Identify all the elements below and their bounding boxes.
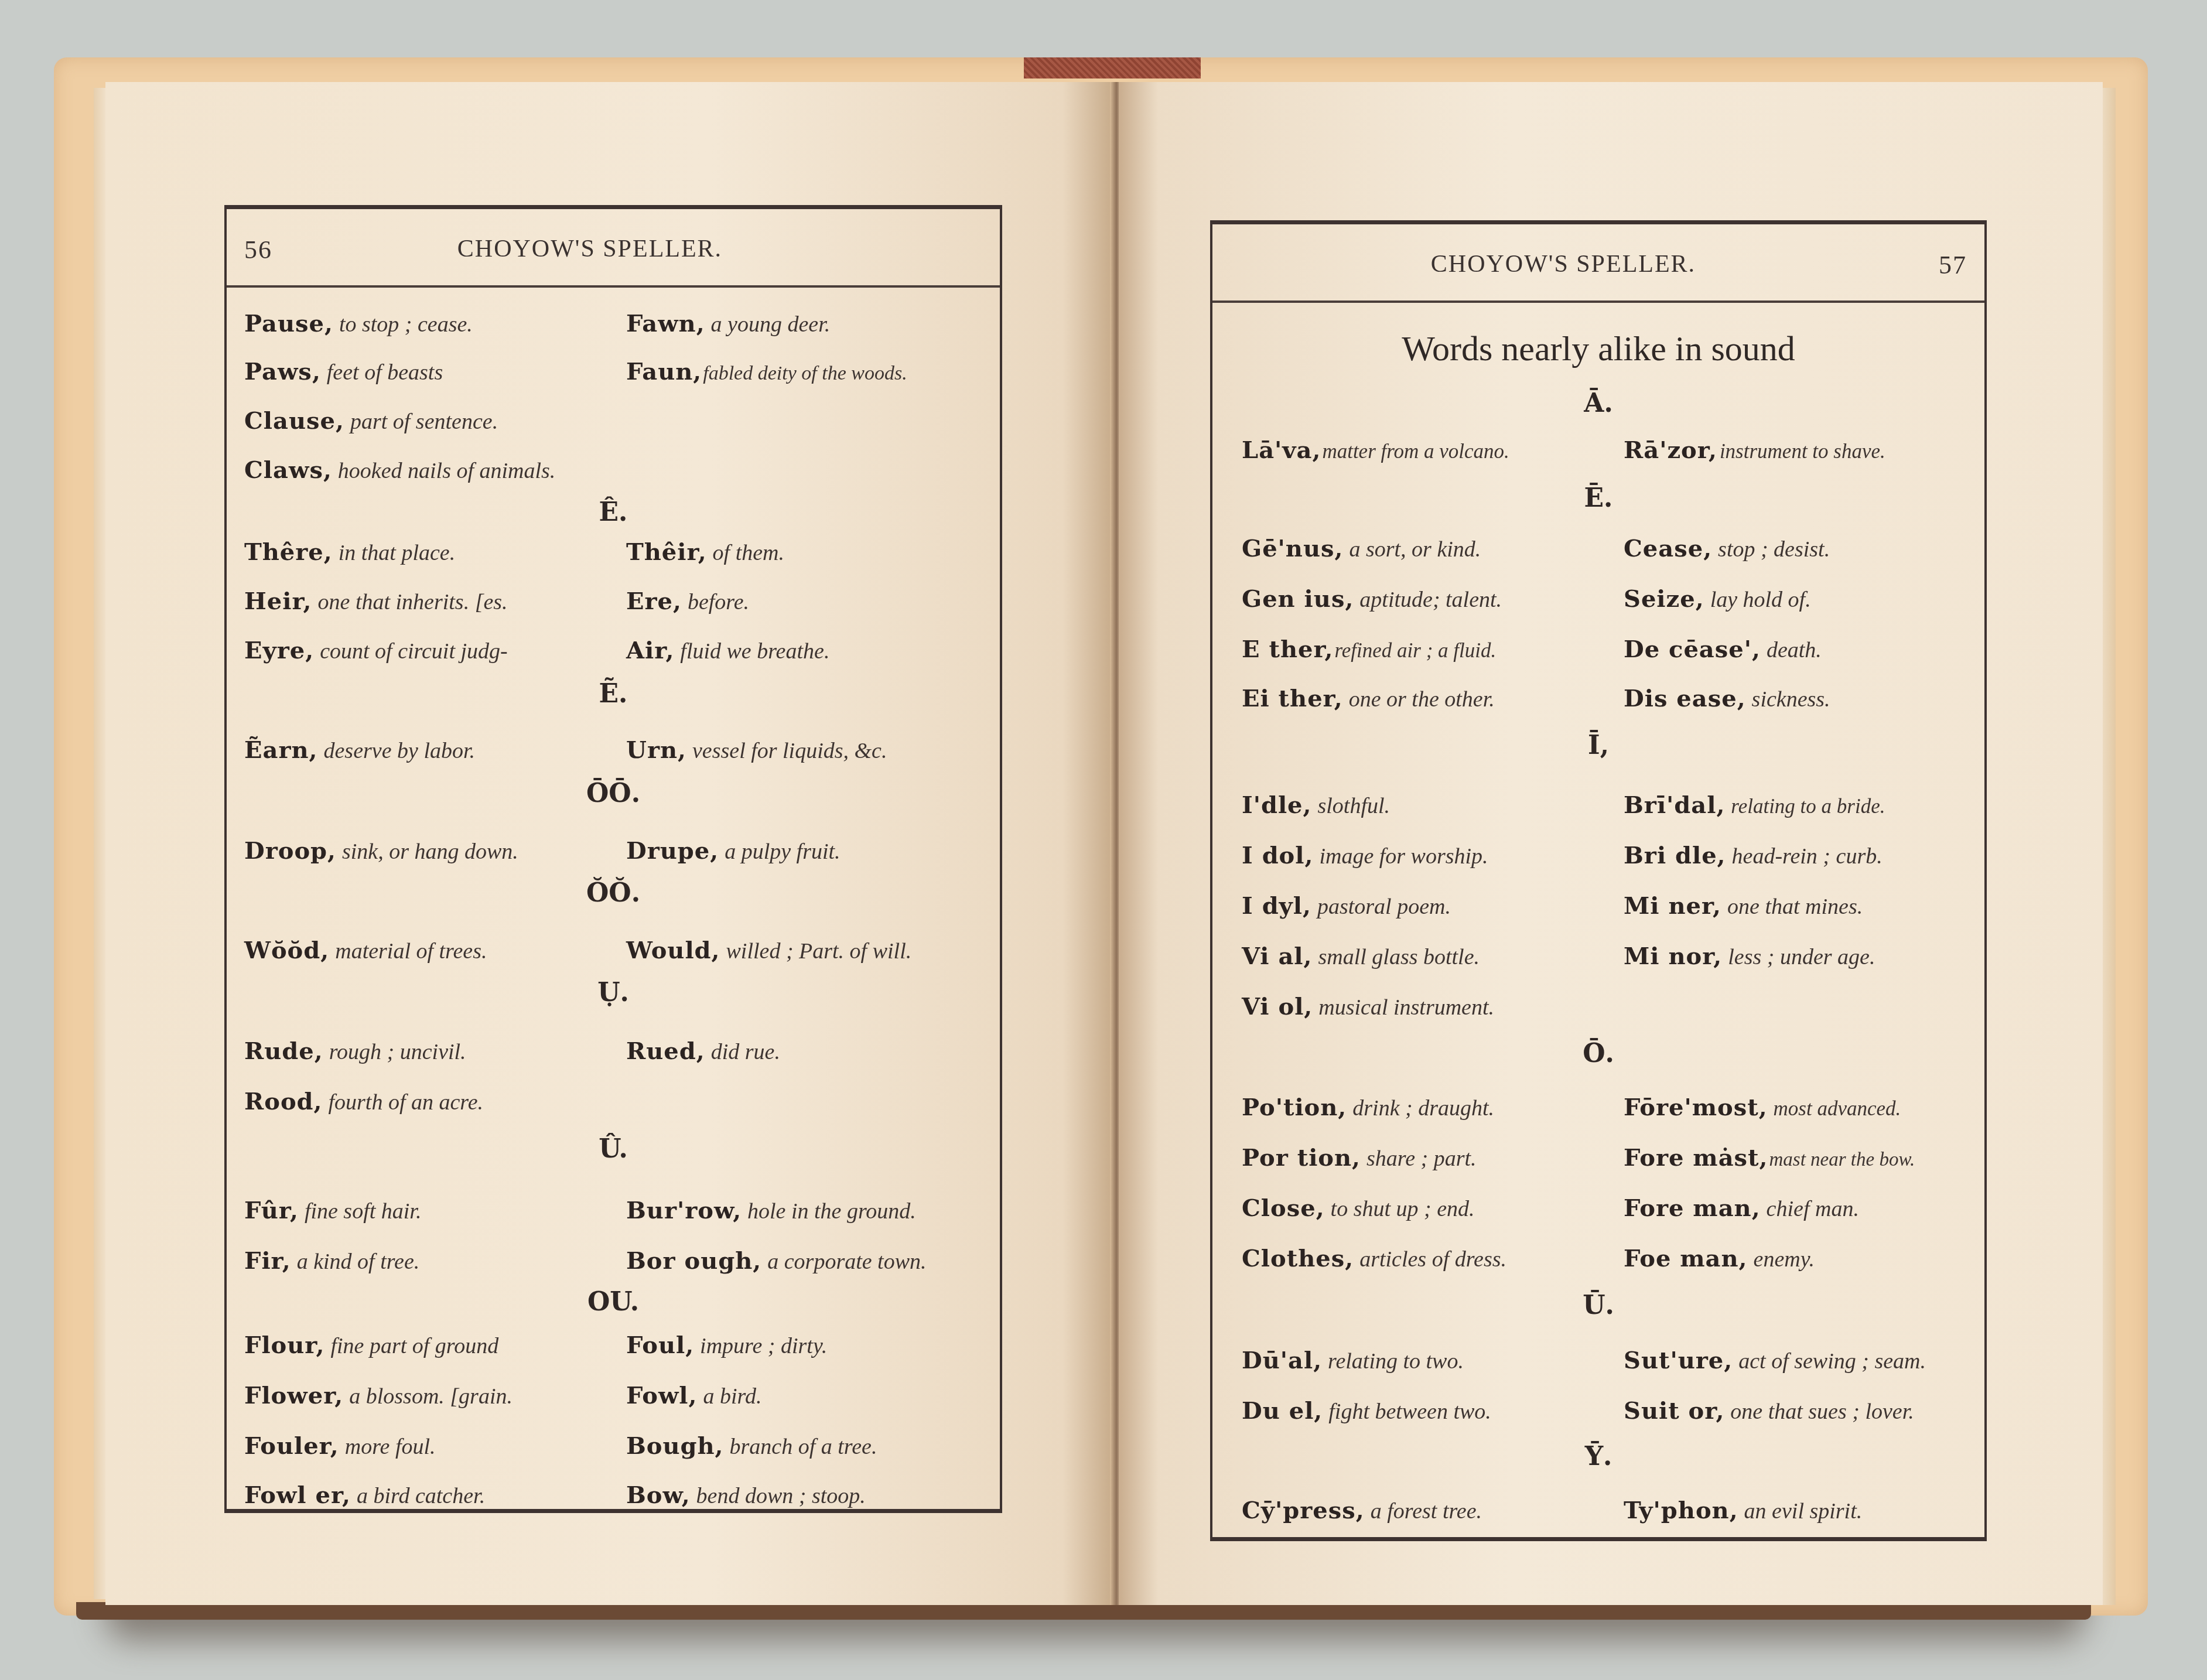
vowel-heading: ŎŎ. [227,878,1000,908]
vowel-heading: Ē. [1212,483,1984,513]
entry: Claws,hooked nails of animals. [244,459,555,482]
entry: Fir,a kind of tree. [244,1249,419,1273]
entry: Urn,vessel for liquids, &c. [626,739,887,762]
page-number: 57 [1939,250,1967,280]
entry: Bri dle,head-rein ; curb. [1624,844,1883,868]
entry: Rude,rough ; uncivil. [244,1040,466,1063]
running-head-title: CHOYOW'S SPELLER. [227,235,1000,263]
entry: Drupe,a pulpy fruit. [626,839,841,863]
entry: E ther,refined air ; a fluid. [1242,638,1496,661]
entry: Faun,fabled deity of the woods. [626,360,907,384]
entry: Ty'phon,an evil spirit. [1624,1499,1862,1522]
word-list: Words nearly alike in sound Ā. Lā'va,mat… [1212,303,1984,1537]
entry: Close,to shut up ; end. [1242,1197,1475,1220]
entry: Ẽarn,deserve by labor. [244,739,475,762]
entry: Paws,feet of beasts [244,360,443,384]
entry: Bur'row,hole in the ground. [626,1199,916,1223]
entry: Flour,fine part of ground [244,1334,498,1357]
word-list: Pause,to stop ; cease. Fawn,a young deer… [227,288,1000,1509]
entry: Sut'ure,act of sewing ; seam. [1624,1349,1926,1372]
vowel-heading: Ẽ. [227,679,1000,709]
entry: Fûr,fine soft hair. [244,1199,421,1223]
entry: Rā'zor,instrument to shave. [1624,439,1885,462]
entry: Brī'dal,relating to a bride. [1624,794,1885,817]
entry: Thêre,in that place. [244,541,455,564]
entry: Flower,a blossom. [grain. [244,1384,513,1408]
running-head: CHOYOW'S SPELLER. 57 [1212,224,1984,303]
vowel-heading: Ụ. [227,978,1000,1008]
vowel-heading: Ī, [1212,730,1984,760]
vowel-heading: Û. [227,1134,1000,1164]
entry: Fore man,chief man. [1624,1197,1859,1220]
entry: Foe man,enemy. [1624,1247,1815,1271]
entry: Dis ease,sickness. [1624,687,1830,711]
entry: Thêir,of them. [626,541,784,564]
section-heading: Words nearly alike in sound [1212,329,1984,369]
entry: Dū'al,relating to two. [1242,1349,1464,1372]
left-page-text-frame: 56 CHOYOW'S SPELLER. Pause,to stop ; cea… [224,205,1002,1513]
entry: Pause,to stop ; cease. [244,312,473,336]
vowel-heading: ŌŌ. [227,778,1000,808]
entry: Cease,stop ; desist. [1624,537,1830,561]
entry: Fouler,more foul. [244,1435,436,1458]
vowel-heading: OU. [227,1287,1000,1317]
entry: Clause,part of sentence. [244,409,498,433]
entry: Air,fluid we breathe. [626,639,829,663]
entry: Ei ther,one or the other. [1242,687,1495,711]
entry: Cȳ'press,a forest tree. [1242,1499,1482,1522]
entry: Eyre,count of circuit judg- [244,639,508,663]
entry: Bor ough,a corporate town. [626,1249,927,1273]
entry: Fawn,a young deer. [626,312,830,336]
entry: Gē'nus,a sort, or kind. [1242,537,1481,561]
vowel-heading: Ū. [1212,1290,1984,1320]
vowel-heading: Ā. [1212,388,1984,418]
right-page-text-frame: CHOYOW'S SPELLER. 57 Words nearly alike … [1210,220,1987,1541]
entry: Lā'va,matter from a volcano. [1242,439,1509,462]
entry: Por tion,share ; part. [1242,1146,1477,1170]
entry: Wŏŏd,material of trees. [244,939,487,962]
entry: De cēase',death. [1624,638,1822,661]
entry: Vi ol,musical instrument. [1242,995,1494,1019]
entry: Rood,fourth of an acre. [244,1090,483,1114]
running-head: 56 CHOYOW'S SPELLER. [227,209,1000,288]
entry: Rued,did rue. [626,1040,780,1063]
entry: Ere,before. [626,590,749,613]
entry: Fore mȧst,mast near the bow. [1624,1146,1915,1170]
entry: Heir,one that inherits. [es. [244,590,508,613]
entry: Vi al,small glass bottle. [1242,945,1480,968]
entry: Bough,branch of a tree. [626,1435,877,1458]
entry: Foul,impure ; dirty. [626,1334,827,1357]
vowel-heading: Ê. [227,497,1000,527]
vowel-heading: Ȳ. [1212,1442,1984,1471]
entry: Du el,fight between two. [1242,1399,1491,1423]
entry: I dyl,pastoral poem. [1242,894,1451,918]
entry: Mi nor,less ; under age. [1624,945,1875,968]
entry: Po'tion,drink ; draught. [1242,1096,1494,1119]
entry: I'dle,slothful. [1242,794,1390,817]
entry: I dol,image for worship. [1242,844,1488,868]
entry: Bow,bend down ; stoop. [626,1484,866,1507]
spine-headband [1024,57,1201,78]
entry: Droop,sink, or hang down. [244,839,518,863]
entry: Gen ius,aptitude; talent. [1242,588,1502,611]
entry: Suit or,one that sues ; lover. [1624,1399,1914,1423]
entry: Would,willed ; Part. of will. [626,939,911,962]
entry: Fowl er,a bird catcher. [244,1484,485,1507]
running-head-title: CHOYOW'S SPELLER. [1212,250,1984,278]
entry: Seize,lay hold of. [1624,588,1811,611]
entry: Fowl,a bird. [626,1384,761,1408]
entry: Clothes,articles of dress. [1242,1247,1506,1271]
entry: Fōre'most,most advanced. [1624,1096,1901,1119]
vowel-heading: Ō. [1212,1039,1984,1068]
entry: Mi ner,one that mines. [1624,894,1863,918]
